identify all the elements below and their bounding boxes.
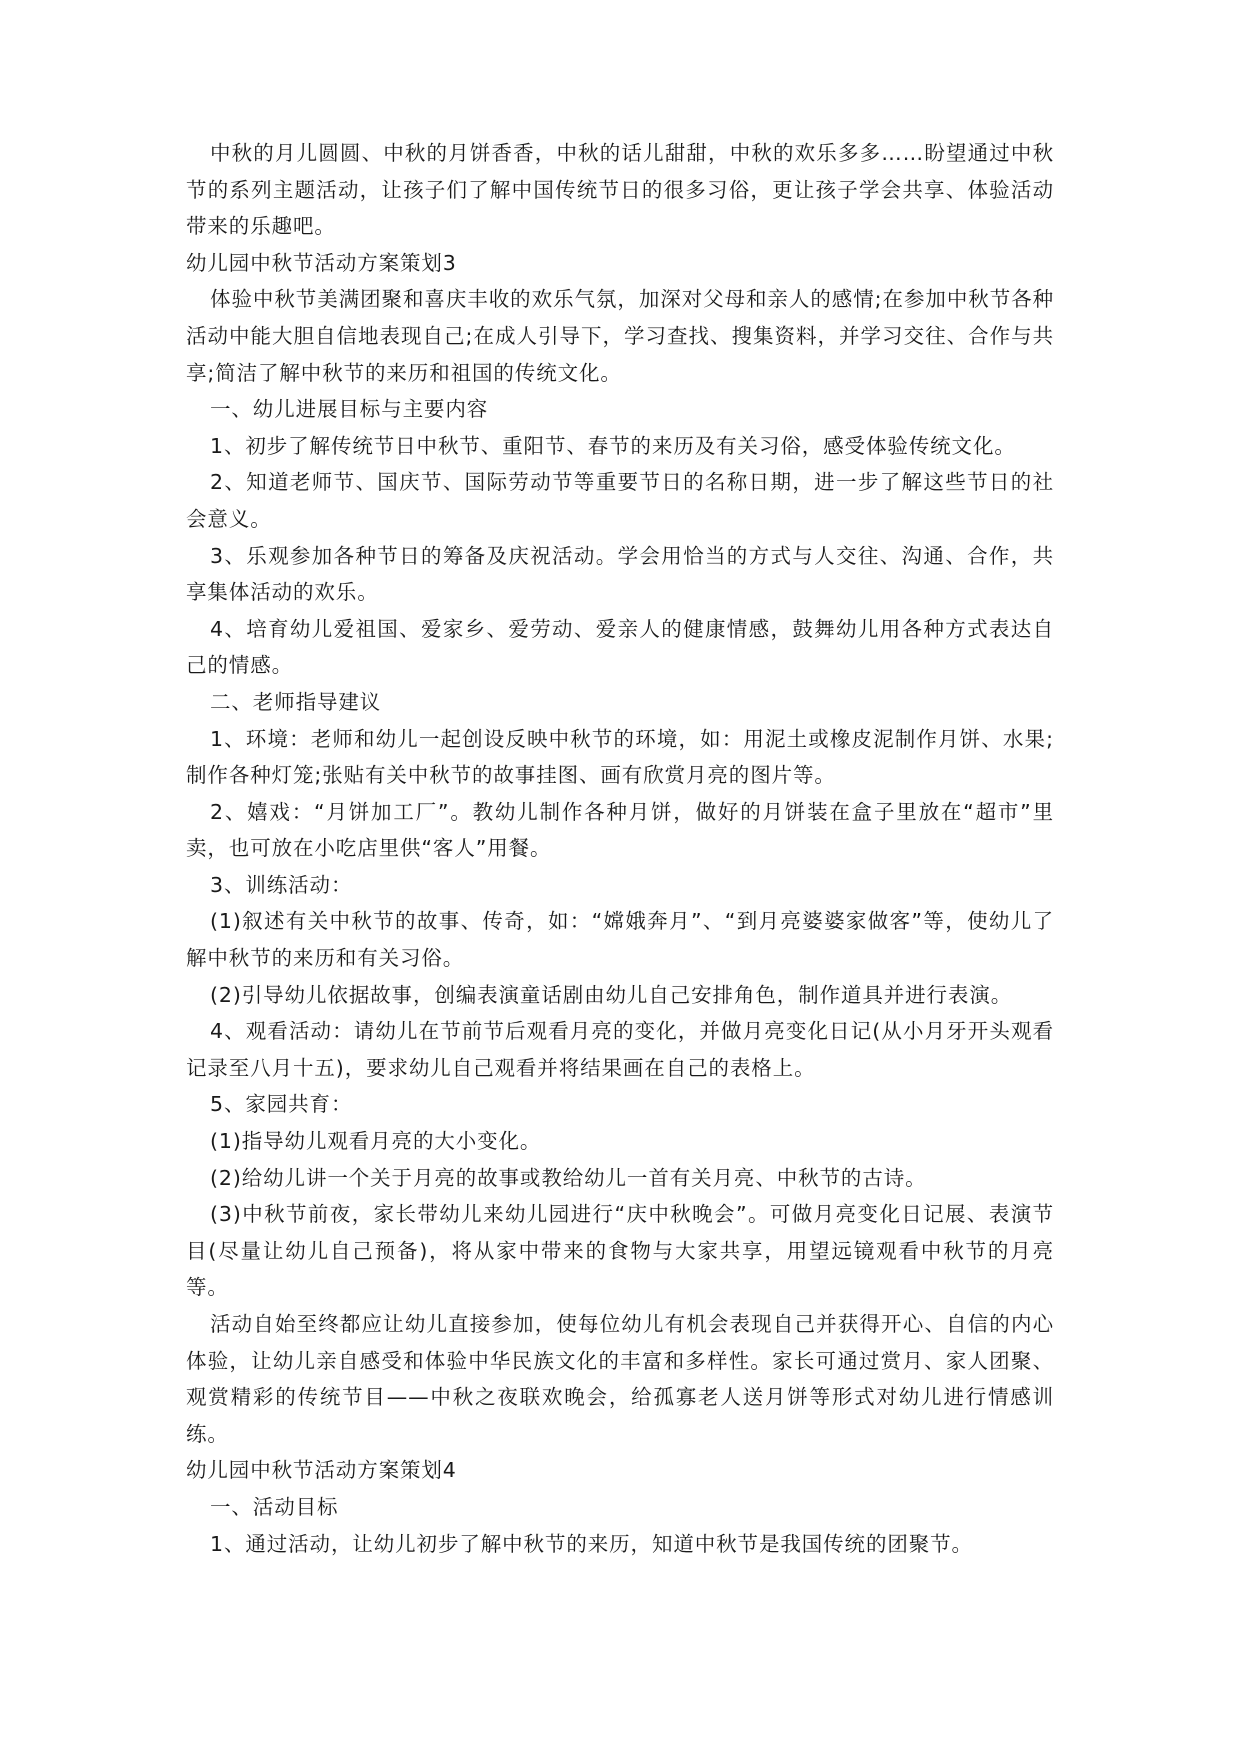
guidance-item-training: 3、训练活动： — [186, 867, 1054, 904]
activity-goal-item-1: 1、通过活动，让幼儿初步了解中秋节的来历，知道中秋节是我国传统的团聚节。 — [186, 1526, 1054, 1563]
closing-paragraph: 活动自始至终都应让幼儿直接参加，使每位幼儿有机会表现自己并获得开心、自信的内心体… — [186, 1306, 1054, 1452]
guidance-item-home-school: 5、家园共育： — [186, 1086, 1054, 1123]
home-school-subitem-3: (3)中秋节前夜，家长带幼儿来幼儿园进行“庆中秋晚会”。可做月亮变化日记展、表演… — [186, 1196, 1054, 1306]
goal-item-3: 3、乐观参加各种节日的筹备及庆祝活动。学会用恰当的方式与人交往、沟通、合作，共享… — [186, 538, 1054, 611]
section-heading-plan-3: 幼儿园中秋节活动方案策划3 — [186, 245, 1054, 282]
goal-item-1: 1、初步了解传统节日中秋节、重阳节、春节的来历及有关习俗，感受体验传统文化。 — [186, 428, 1054, 465]
subheading-development-goals: 一、幼儿进展目标与主要内容 — [186, 391, 1054, 428]
plan-3-summary-paragraph: 体验中秋节美满团聚和喜庆丰收的欢乐气氛，加深对父母和亲人的感情;在参加中秋节各种… — [186, 281, 1054, 391]
subheading-activity-goals: 一、活动目标 — [186, 1489, 1054, 1526]
guidance-item-environment: 1、环境：老师和幼儿一起创设反映中秋节的环境，如：用泥土或橡皮泥制作月饼、水果;… — [186, 721, 1054, 794]
guidance-item-game: 2、嬉戏：“月饼加工厂”。教幼儿制作各种月饼，做好的月饼装在盒子里放在“超市”里… — [186, 794, 1054, 867]
document-page: 中秋的月儿圆圆、中秋的月饼香香，中秋的话儿甜甜，中秋的欢乐多多……盼望通过中秋节… — [186, 135, 1054, 1562]
goal-item-4: 4、培育幼儿爱祖国、爱家乡、爱劳动、爱亲人的健康情感，鼓舞幼儿用各种方式表达自己… — [186, 611, 1054, 684]
training-subitem-2: (2)引导幼儿依据故事，创编表演童话剧由幼儿自己安排角色，制作道具并进行表演。 — [186, 977, 1054, 1014]
intro-paragraph: 中秋的月儿圆圆、中秋的月饼香香，中秋的话儿甜甜，中秋的欢乐多多……盼望通过中秋节… — [186, 135, 1054, 245]
guidance-item-observation: 4、观看活动：请幼儿在节前节后观看月亮的变化，并做月亮变化日记(从小月牙开头观看… — [186, 1013, 1054, 1086]
subheading-teacher-guidance: 二、老师指导建议 — [186, 684, 1054, 721]
training-subitem-1: (1)叙述有关中秋节的故事、传奇，如：“嫦娥奔月”、“到月亮婆婆家做客”等，使幼… — [186, 903, 1054, 976]
section-heading-plan-4: 幼儿园中秋节活动方案策划4 — [186, 1452, 1054, 1489]
home-school-subitem-1: (1)指导幼儿观看月亮的大小变化。 — [186, 1123, 1054, 1160]
goal-item-2: 2、知道老师节、国庆节、国际劳动节等重要节日的名称日期，进一步了解这些节日的社会… — [186, 464, 1054, 537]
home-school-subitem-2: (2)给幼儿讲一个关于月亮的故事或教给幼儿一首有关月亮、中秋节的古诗。 — [186, 1160, 1054, 1197]
